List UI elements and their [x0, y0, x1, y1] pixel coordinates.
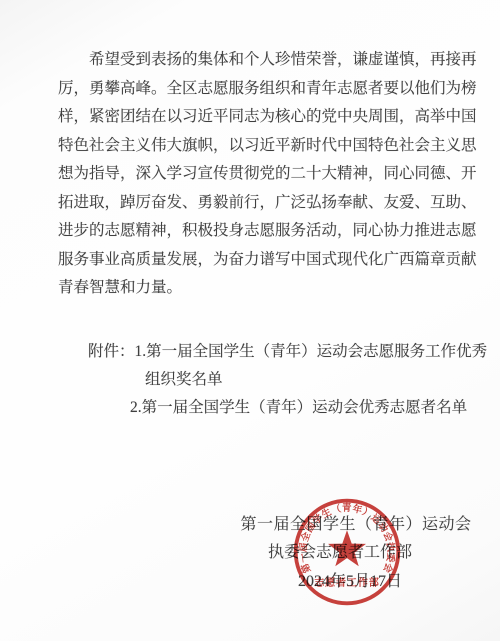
attachment-item-1-line-1: 附件：1.第一届全国学生（青年）运动会志愿服务工作优秀	[88, 338, 487, 366]
attachment-section: 附件：1.第一届全国学生（青年）运动会志愿服务工作优秀 组织奖名单 2.第一届全…	[88, 338, 487, 422]
attachment-label: 附件：	[88, 343, 135, 360]
seal-department-text: 志愿者工作部	[314, 576, 380, 589]
body-line: 青春智慧和力量。	[58, 274, 464, 303]
attachment-item-1-text: 1.第一届全国学生（青年）运动会志愿服务工作优秀	[135, 343, 488, 360]
body-line: 特色社会主义伟大旗帜，以习近平新时代中国特色社会主义思	[58, 132, 464, 161]
body-line: 希望受到表扬的集体和个人珍惜荣誉，谦虚谨慎，再接再	[58, 46, 464, 75]
attachment-item-1-line-2: 组织奖名单	[145, 366, 487, 394]
body-line: 拓进取，踔厉奋发、勇毅前行，广泛弘扬奉献、友爱、互助、	[58, 189, 464, 218]
body-line: 服务事业高质量发展，为奋力谱写中国式现代化广西篇章贡献	[58, 246, 464, 275]
attachment-item-2: 2.第一届全国学生（青年）运动会优秀志愿者名单	[130, 394, 487, 422]
document-body: 希望受到表扬的集体和个人珍惜荣誉，谦虚谨慎，再接再 厉，勇攀高峰。全区志愿服务组…	[58, 46, 464, 303]
official-seal-icon: 第一届全国学生（青年）运动会执委会 志愿者工作部	[290, 495, 404, 609]
body-line: 厉，勇攀高峰。全区志愿服务组织和青年志愿者要以他们为榜	[58, 75, 464, 104]
star-icon	[328, 530, 366, 566]
body-line: 进步的志愿精神，积极投身志愿服务活动，同心协力推进志愿	[58, 217, 464, 246]
body-line: 样，紧密团结在以习近平同志为核心的党中央周围，高举中国	[58, 103, 464, 132]
document-page: 希望受到表扬的集体和个人珍惜荣誉，谦虚谨慎，再接再 厉，勇攀高峰。全区志愿服务组…	[0, 0, 500, 641]
body-line: 想为指导，深入学习宣传贯彻党的二十大精神，同心同德、开	[58, 160, 464, 189]
